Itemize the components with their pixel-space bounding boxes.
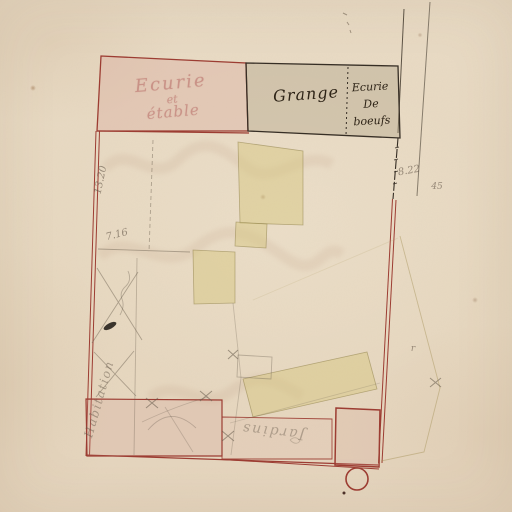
room-label-ox-line3: boeufs <box>353 112 391 131</box>
room-label-ox-line1: Ecurie <box>351 78 388 97</box>
room-label-ox-stable: Ecurie De boeufs <box>351 77 391 130</box>
plan-sheet: Ecurie et étable Grange Ecurie De boeufs… <box>0 0 512 512</box>
pencil-letter-mark: r <box>411 344 415 354</box>
room-label-stable: Ecurie et étable <box>134 72 210 124</box>
room-label-ox-line2: De <box>363 95 379 113</box>
dimension-label-right-small: 45 <box>431 182 442 192</box>
